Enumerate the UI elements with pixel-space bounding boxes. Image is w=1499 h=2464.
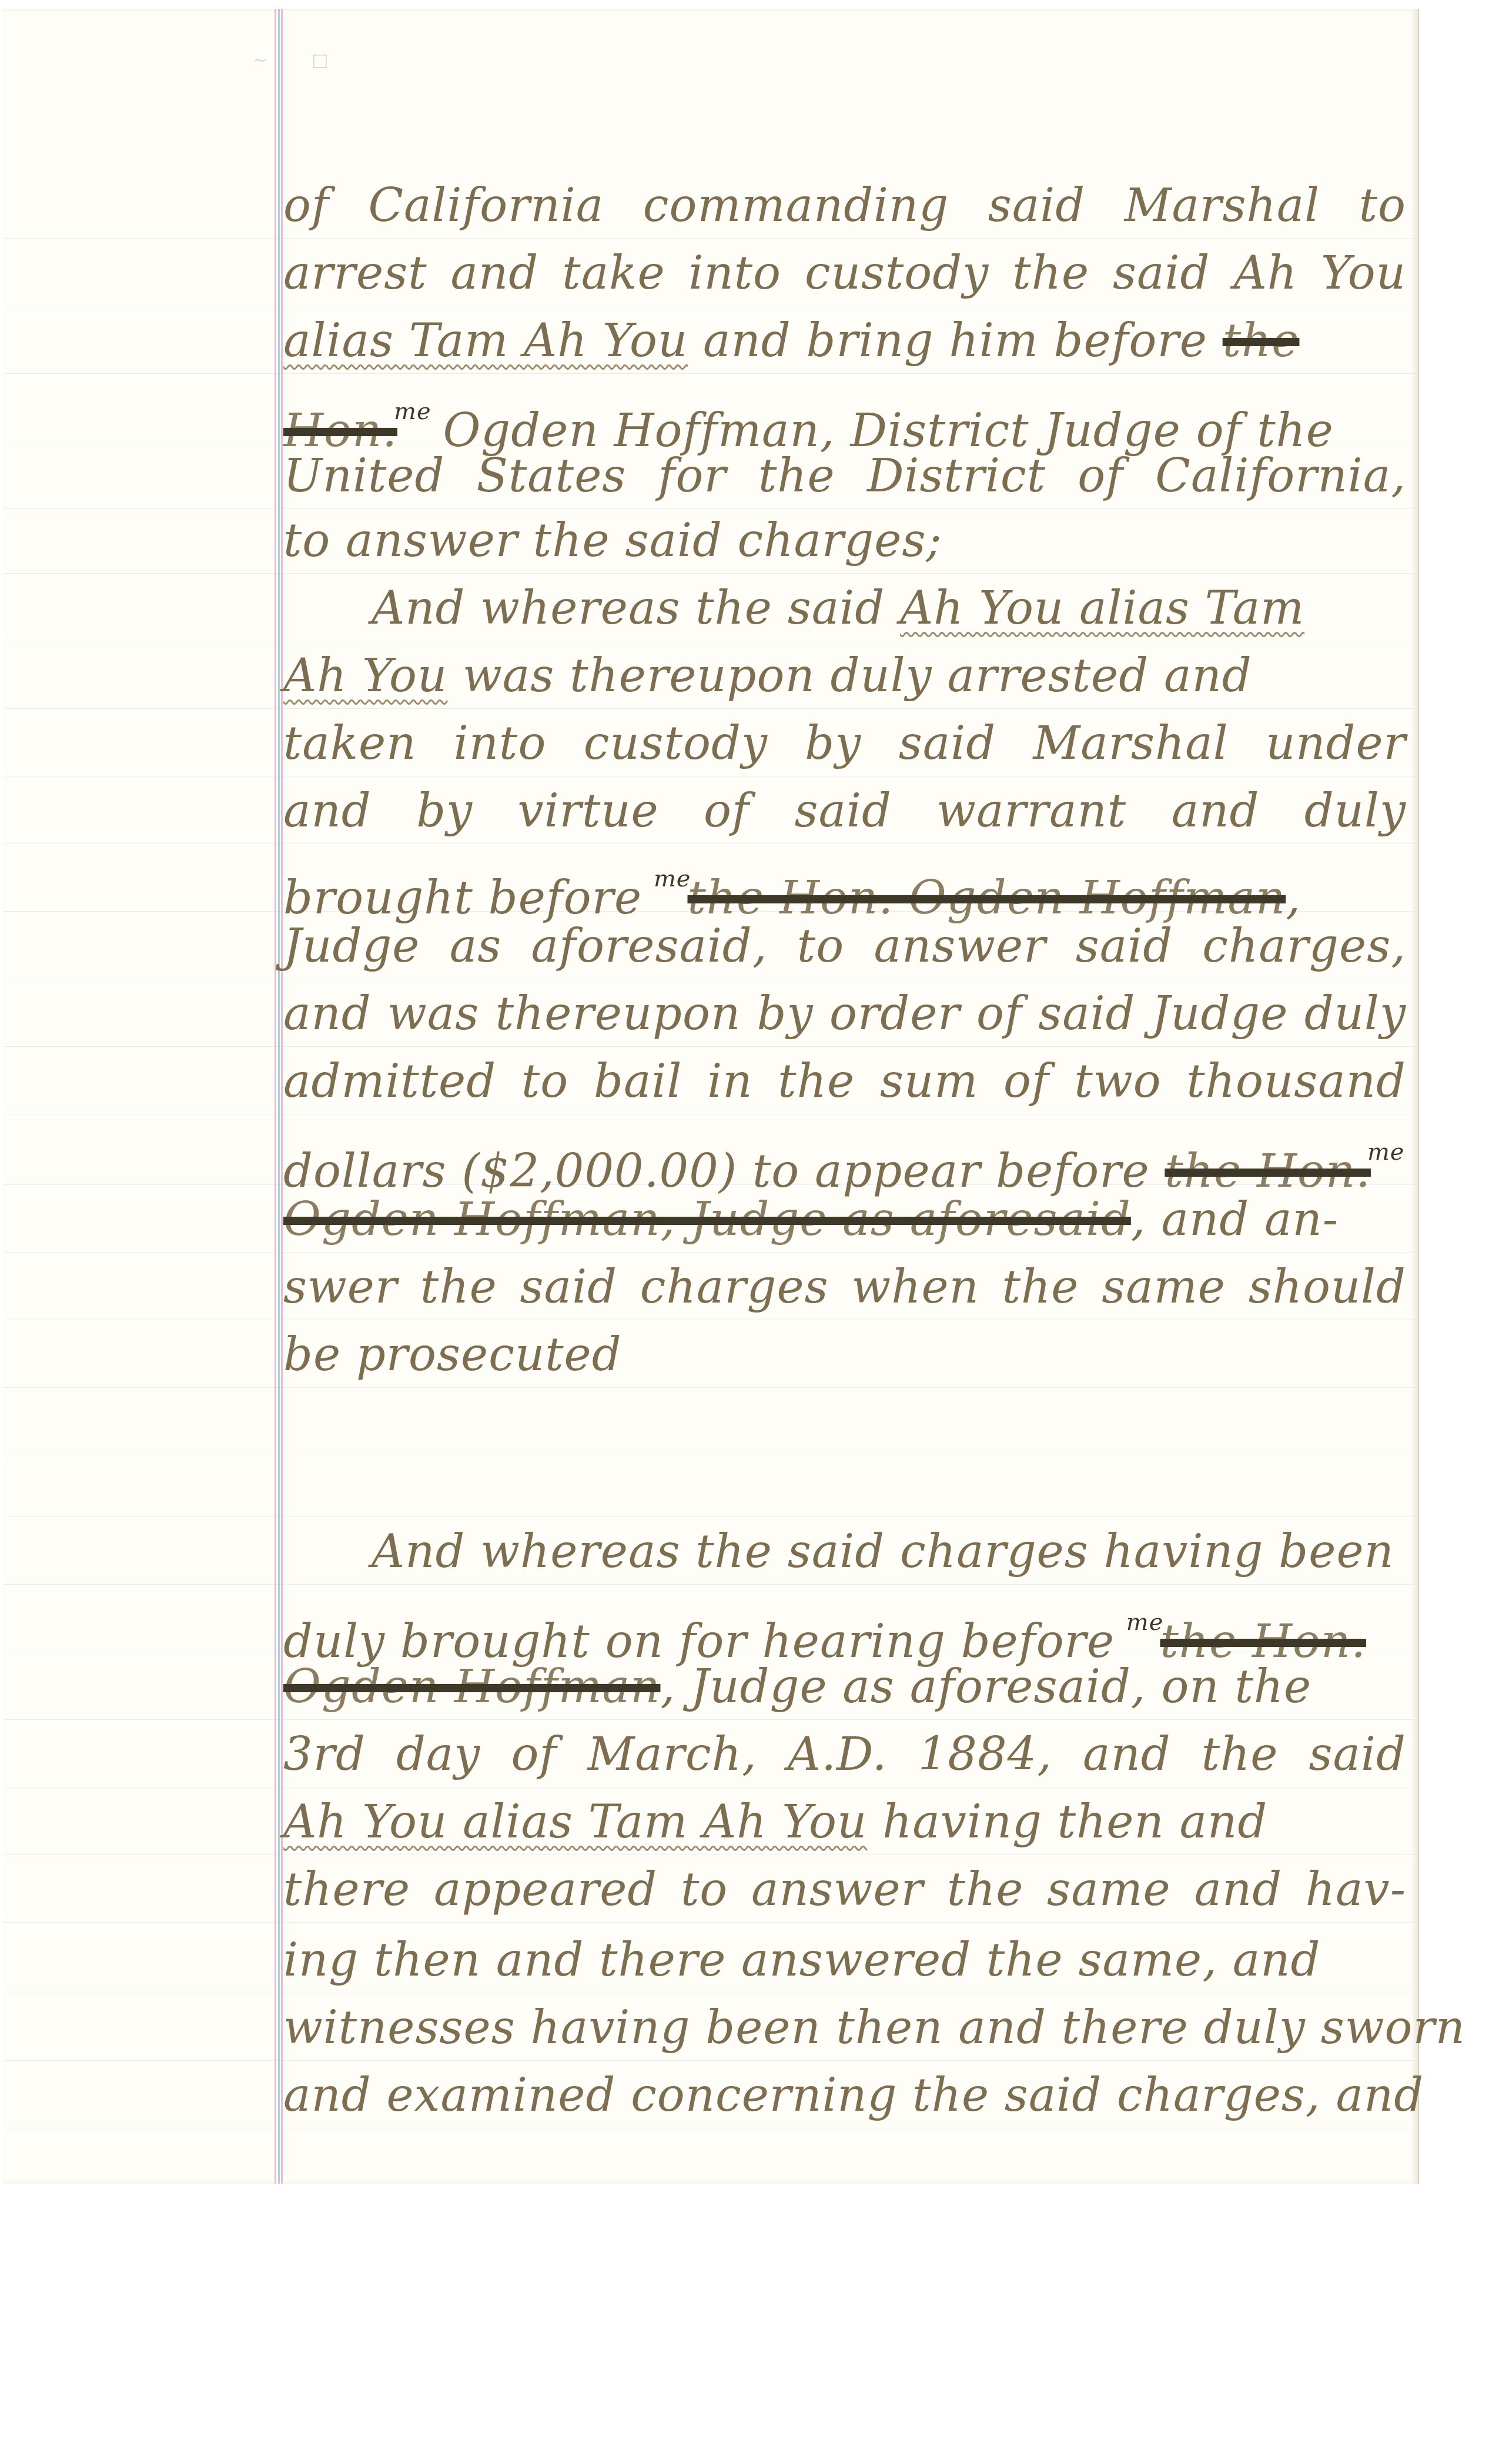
line-text: was thereupon duly arrested and [447, 650, 1252, 702]
ruled-line [4, 843, 1418, 844]
text-line: ing then and there answered the same, an… [283, 1931, 1406, 1990]
line-text: Judge as aforesaid, to answer said charg… [283, 920, 1406, 973]
margin-line [278, 9, 280, 2184]
text-line: Ah You alias Tam Ah You having then and [283, 1793, 1406, 1852]
line-text: there appeared to answer the same and ha… [283, 1863, 1406, 1916]
text-line: to answer the said charges; [283, 511, 1406, 570]
line-text: swer the said charges when the same shou… [283, 1261, 1406, 1314]
ruled-line [4, 1114, 1418, 1114]
text-line: of California commanding said Marshal to [283, 176, 1406, 235]
struck-text: Ogden Hoffman [283, 1660, 660, 1713]
text-line: there appeared to answer the same and ha… [283, 1860, 1406, 1919]
text-line: arrest and take into custody the said Ah… [283, 244, 1406, 303]
ruled-line [4, 1455, 1418, 1455]
line-text: , and an- [1131, 1193, 1339, 1246]
ruled-line [4, 1854, 1418, 1855]
text-line: And whereas the said Ah You alias Tam [283, 579, 1406, 638]
line-text: And whereas the said [372, 582, 900, 635]
ruled-line [4, 776, 1418, 776]
line-text: be prosecuted [283, 1328, 622, 1381]
ruled-line [4, 979, 1418, 979]
underlined-name: alias Tam Ah You [283, 314, 688, 367]
line-text: and was thereupon by order of said Judge… [283, 987, 1406, 1040]
text-line: 3rd day of March, A.D. 1884, and the sai… [283, 1725, 1406, 1784]
inserted-text: me [1126, 1609, 1164, 1636]
line-text: ing then and there answered the same, an… [283, 1934, 1320, 1987]
underlined-name: Ah You alias Tam Ah You [283, 1796, 867, 1849]
ruled-line [4, 1046, 1418, 1047]
ruled-line [4, 508, 1418, 509]
ruled-line [4, 238, 1418, 239]
text-line: And whereas the said charges having been [283, 1522, 1406, 1581]
pencil-mark: □ [312, 50, 328, 71]
text-line: and by virtue of said warrant and duly [283, 782, 1406, 841]
ruled-line [4, 1787, 1418, 1787]
text-line: swer the said charges when the same shou… [283, 1258, 1406, 1317]
underlined-name: Ah You alias Tam [900, 582, 1304, 635]
text-line: duly brought on for hearing before methe… [283, 1593, 1406, 1652]
line-text: And whereas the said charges having been [372, 1525, 1394, 1578]
line-text: , Judge as aforesaid, on the [660, 1660, 1311, 1713]
text-line: witnesses having been then and there dul… [283, 1998, 1406, 2057]
line-text: United States for the District of Califo… [283, 450, 1406, 503]
text-line: Hon.me Ogden Hoffman, District Judge of … [283, 382, 1406, 441]
underlined-name: Ah You [283, 650, 447, 702]
line-text: of California commanding said Marshal to [283, 179, 1406, 232]
ruled-line [4, 306, 1418, 306]
struck-text: the [1223, 314, 1300, 367]
ruled-line [4, 708, 1418, 709]
text-line: and examined concerning the said charges… [283, 2066, 1406, 2125]
ruled-line [4, 373, 1418, 374]
text-line: United States for the District of Califo… [283, 447, 1406, 505]
ruled-line [4, 641, 1418, 641]
struck-text: Ogden Hoffman, Judge as aforesaid [283, 1193, 1131, 1246]
line-text: and examined concerning the said charges… [283, 2069, 1424, 2122]
ruled-line [4, 1252, 1418, 1253]
line-text: having then and [867, 1796, 1267, 1849]
ruled-line [4, 1584, 1418, 1585]
margin-line [275, 9, 276, 2184]
line-text: admitted to bail in the sum of two thous… [283, 1055, 1406, 1108]
inserted-text: me [394, 398, 431, 425]
text-line: Ogden Hoffman, Judge as aforesaid, on th… [283, 1658, 1406, 1716]
text-line: alias Tam Ah You and bring him before th… [283, 312, 1406, 370]
text-line: Ah You was thereupon duly arrested and [283, 647, 1406, 705]
text-line: be prosecuted [283, 1325, 1406, 1384]
ruled-line [4, 1922, 1418, 1923]
text-line: Judge as aforesaid, to answer said charg… [283, 917, 1406, 976]
ruled-line [4, 2060, 1418, 2061]
line-text: and by virtue of said warrant and duly [283, 785, 1406, 838]
line-text: arrest and take into custody the said Ah… [283, 247, 1406, 300]
line-text: and bring him before [688, 314, 1222, 367]
text-line: brought before methe Hon. Ogden Hoffman, [283, 849, 1406, 908]
text-line: dollars ($2,000.00) to appear before the… [283, 1123, 1406, 1181]
ruled-line [4, 573, 1418, 574]
line-text: taken into custody by said Marshal under [283, 717, 1406, 770]
margin-line [281, 9, 283, 2184]
ruled-line [4, 1387, 1418, 1388]
ruled-line [4, 2128, 1418, 2128]
inserted-text: me [1367, 1139, 1405, 1166]
ruled-line [4, 1320, 1418, 1320]
text-line: admitted to bail in the sum of two thous… [283, 1052, 1406, 1111]
line-text: 3rd day of March, A.D. 1884, and the sai… [283, 1728, 1406, 1781]
text-line: and was thereupon by order of said Judge… [283, 985, 1406, 1043]
ruled-line [4, 1719, 1418, 1720]
ruled-line [4, 1993, 1418, 1993]
line-text: to answer the said charges; [283, 514, 942, 567]
text-line: taken into custody by said Marshal under [283, 714, 1406, 773]
inserted-text: me [654, 865, 691, 892]
text-line: Ogden Hoffman, Judge as aforesaid, and a… [283, 1190, 1406, 1249]
ruled-line [4, 1516, 1418, 1517]
pencil-mark: ~ [253, 50, 267, 71]
line-text: witnesses having been then and there dul… [283, 2001, 1465, 2054]
